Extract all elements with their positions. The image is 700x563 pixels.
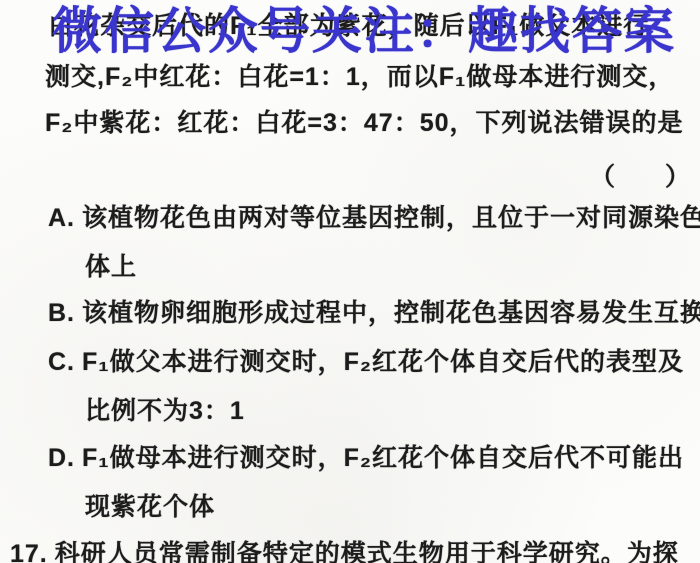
q16-stem-line2: 测交,F₂中红花：白花=1：1，而以F₁做母本进行测交， bbox=[45, 57, 674, 93]
q16-option-a-text: 该植物花色由两对等位基因控制，且位于一对同源染色 bbox=[82, 204, 700, 232]
q16-option-a-line2: 体上 bbox=[85, 247, 137, 283]
q16-option-b: B.该植物卵细胞形成过程中，控制花色基因容易发生互换 bbox=[48, 293, 700, 329]
q16-option-a-label: A. bbox=[48, 204, 75, 232]
document-page: 白花杂交后代的F₁全部为紫花，随后以F₁做父本进行 微信公众号关注：趣找答案 测… bbox=[0, 0, 700, 563]
q16-answer-brackets: （ ） bbox=[590, 157, 690, 193]
q16-option-d: D.F₁做母本进行测交时，F₂红花个体自交后代不可能出 bbox=[48, 438, 684, 474]
q16-option-d-line2: 现紫花个体 bbox=[85, 487, 215, 523]
q16-option-b-label: B. bbox=[48, 299, 75, 327]
q16-option-c: C.F₁做父本进行测交时，F₂红花个体自交后代的表型及 bbox=[48, 342, 684, 378]
q16-stem-line3: F₂中紫花：红花：白花=3：47：50，下列说法错误的是 bbox=[45, 103, 684, 139]
q17-number: 17. bbox=[10, 540, 48, 563]
q16-option-a: A.该植物花色由两对等位基因控制，且位于一对同源染色 bbox=[48, 198, 700, 234]
q16-option-d-label: D. bbox=[48, 444, 75, 472]
q17-line: 17.科研人员常需制备特定的模式生物用于科学研究。为探 bbox=[10, 534, 679, 563]
watermark-text: 微信公众号关注：趣找答案 bbox=[52, 0, 676, 62]
q17-text: 科研人员常需制备特定的模式生物用于科学研究。为探 bbox=[55, 540, 679, 563]
q16-option-c-label: C. bbox=[48, 348, 75, 376]
q16-option-b-text: 该植物卵细胞形成过程中，控制花色基因容易发生互换 bbox=[82, 299, 700, 327]
q16-option-d-text: F₁做母本进行测交时，F₂红花个体自交后代不可能出 bbox=[82, 444, 684, 472]
q16-option-c-text: F₁做父本进行测交时，F₂红花个体自交后代的表型及 bbox=[82, 348, 684, 376]
q16-option-c-line2: 比例不为3：1 bbox=[85, 391, 245, 427]
